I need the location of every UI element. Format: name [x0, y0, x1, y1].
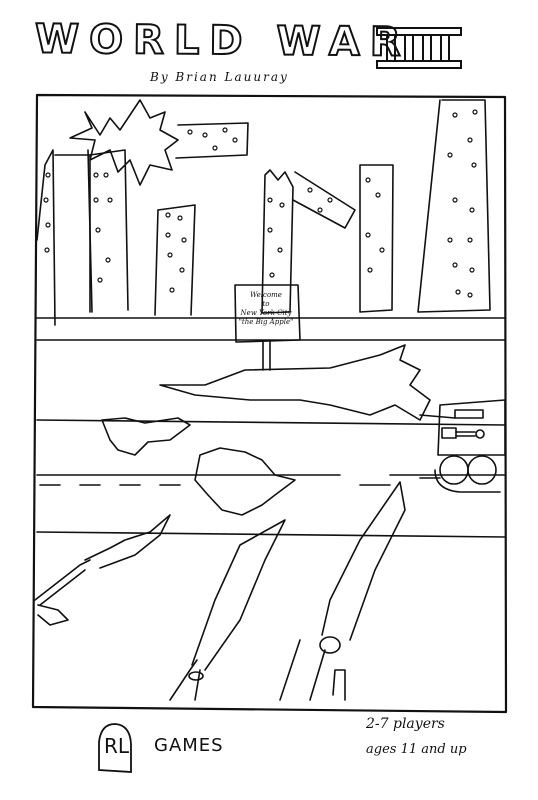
missile-trail-right — [322, 482, 405, 640]
sign-line-3: New York City — [236, 309, 296, 318]
illustration-frame — [33, 95, 506, 712]
missile-trail-center — [192, 520, 285, 670]
explosion-icon — [70, 100, 178, 185]
sign-line-2: to — [236, 300, 296, 309]
missile-trail-left — [85, 515, 170, 568]
publisher-name: GAMES — [154, 735, 224, 756]
welcome-sign-text: Welcome to New York City "the Big Apple" — [236, 291, 296, 327]
debris-icon — [102, 418, 190, 455]
publisher-logo-letters: RL — [104, 734, 129, 758]
sign-line-1: Welcome — [236, 291, 296, 300]
windows — [44, 110, 477, 297]
sign-line-4: "the Big Apple" — [236, 318, 296, 327]
fighter-jet — [160, 345, 430, 420]
rocket-launcher-left — [35, 560, 90, 605]
age-rating: ages 11 and up — [366, 742, 467, 757]
rocket-launcher-right — [280, 640, 345, 700]
player-count: 2-7 players — [366, 716, 445, 732]
explosion-icon — [195, 448, 295, 515]
battle-scene-illustration — [0, 0, 538, 800]
